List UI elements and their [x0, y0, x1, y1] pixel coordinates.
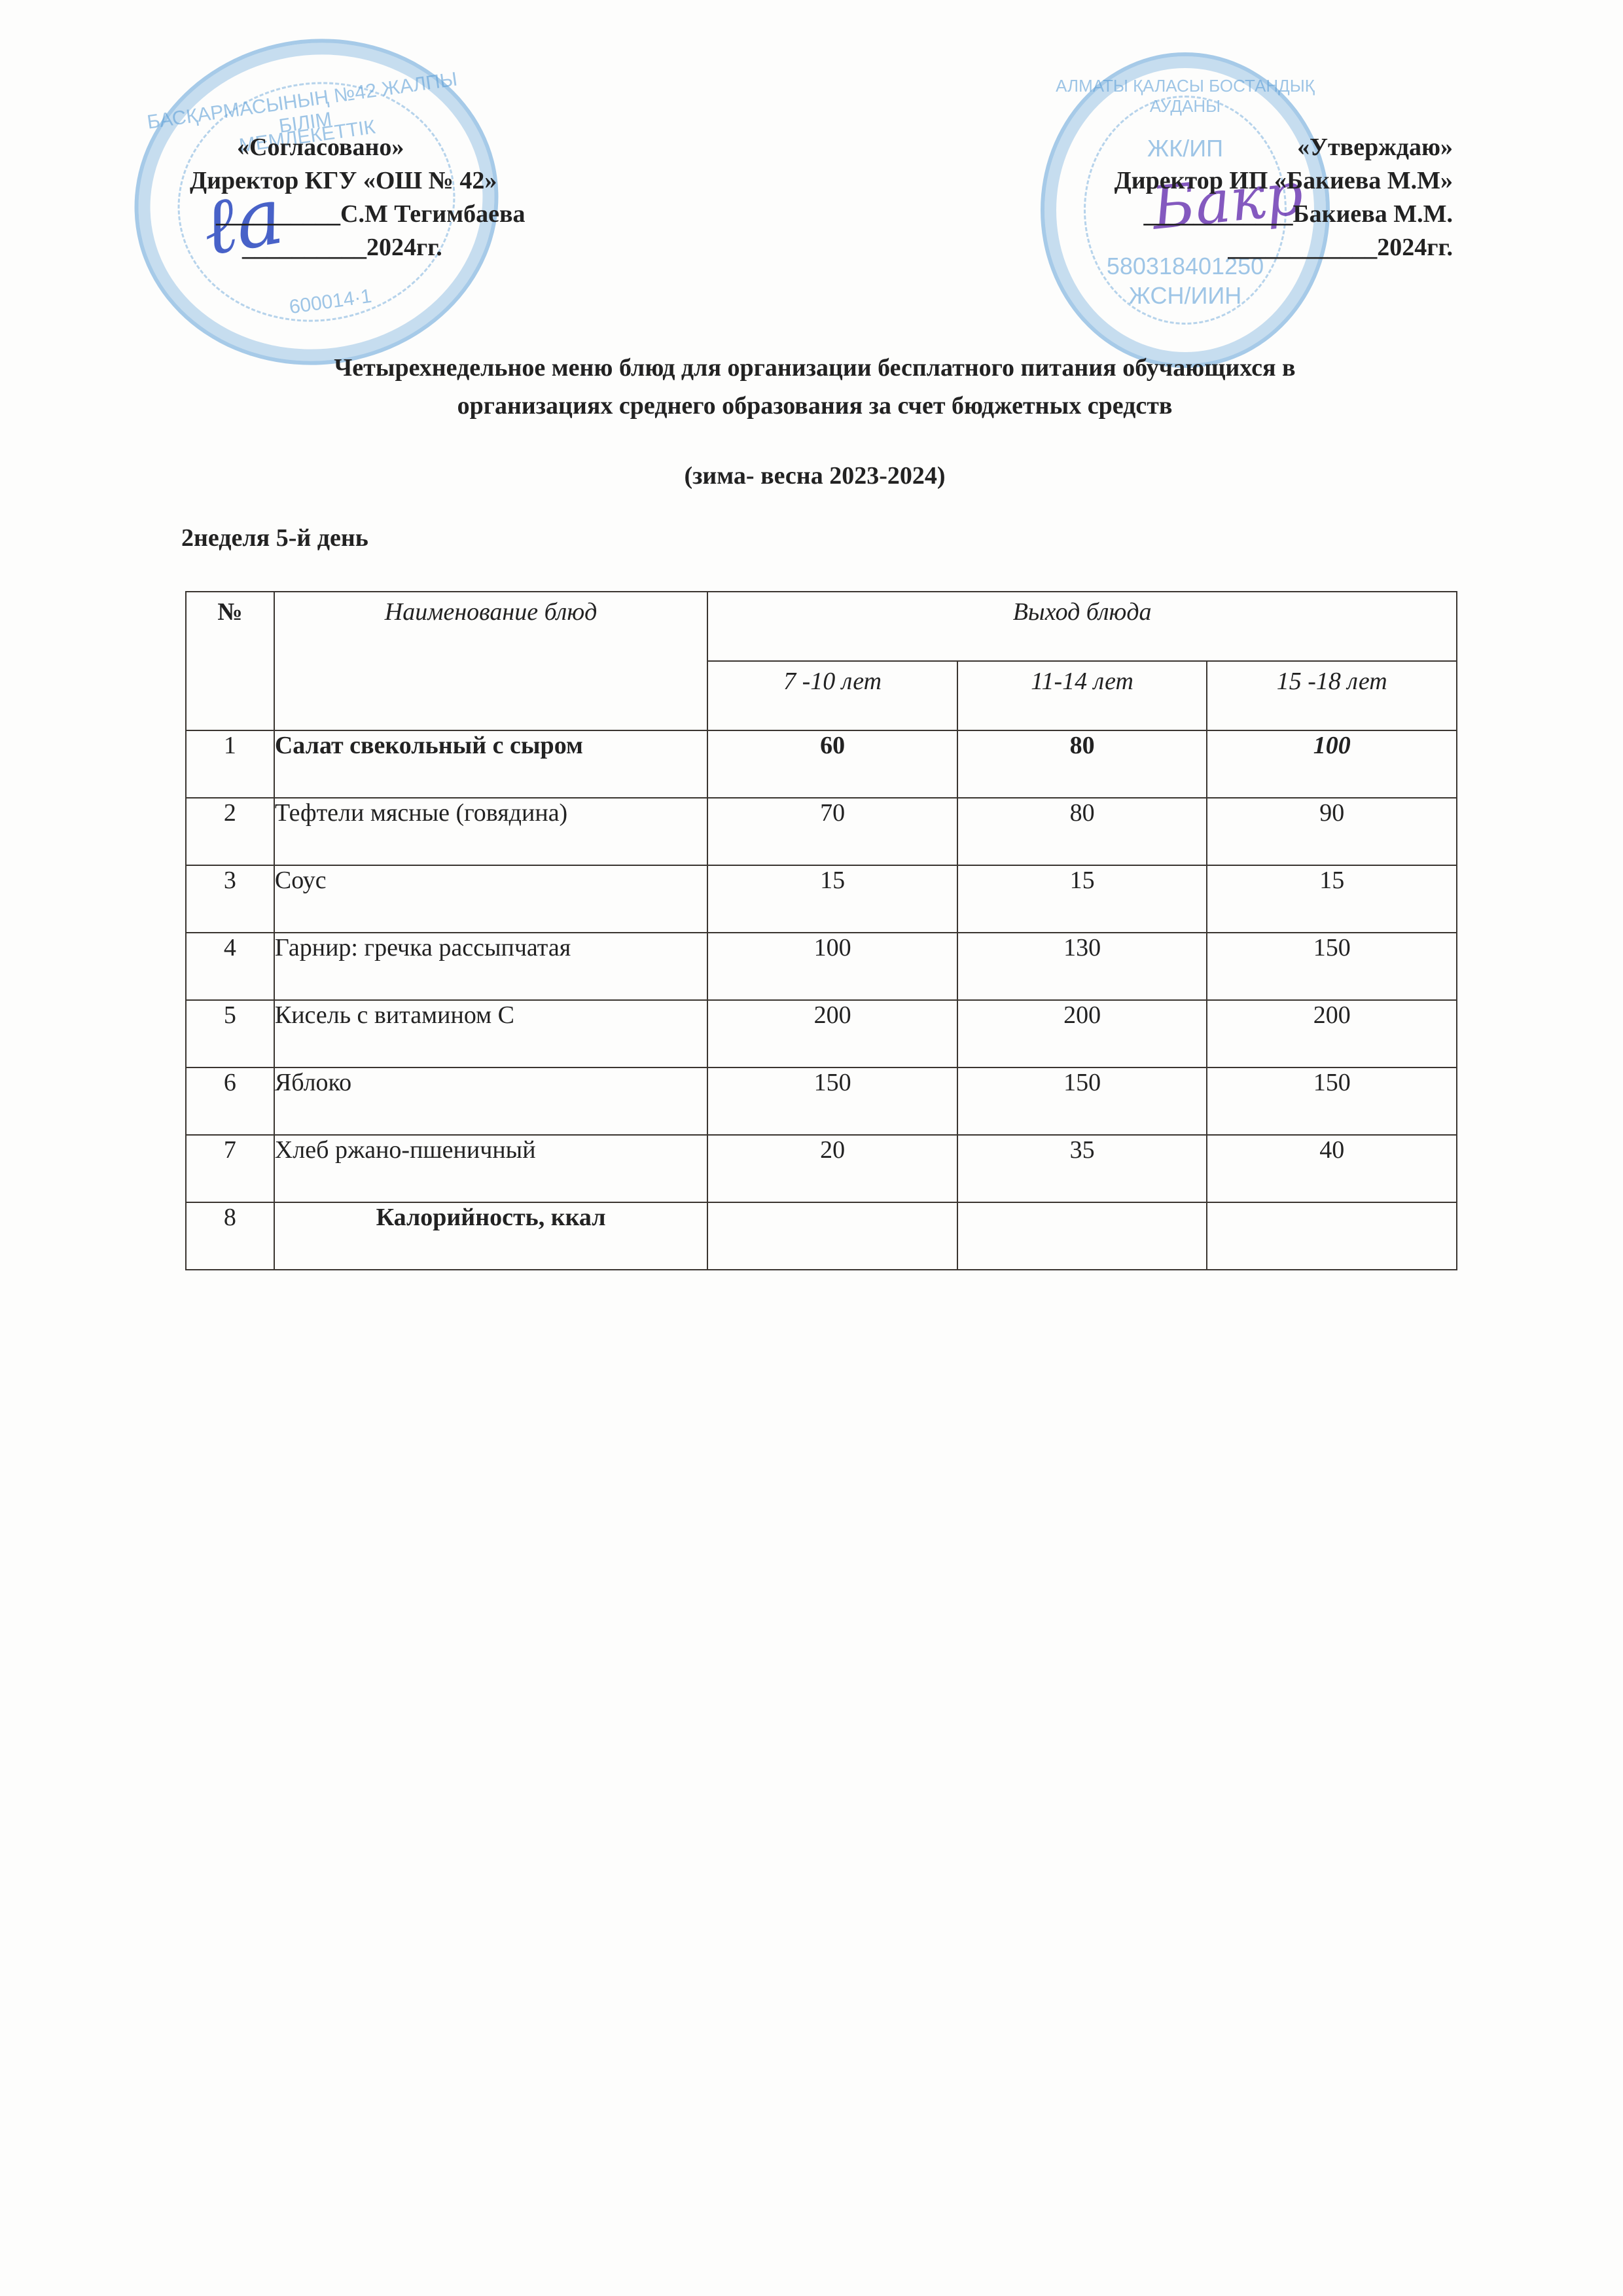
table-row-calories: 8 Калорийность, ккал: [186, 1202, 1457, 1270]
header-yield: Выход блюда: [707, 592, 1457, 661]
row-number: 7: [186, 1135, 274, 1202]
header-age-15-18: 15 -18 лет: [1207, 661, 1457, 730]
yield-7-10: 200: [707, 1000, 957, 1067]
yield-7-10: 20: [707, 1135, 957, 1202]
yield-11-14: 80: [957, 798, 1207, 865]
dish-name: Хлеб ржано-пшеничный: [274, 1135, 707, 1202]
table-row: 7 Хлеб ржано-пшеничный 20 35 40: [186, 1135, 1457, 1202]
yield-15-18: 90: [1207, 798, 1457, 865]
approval-date-text: 2024гг.: [1377, 234, 1453, 261]
header-age-11-14: 11-14 лет: [957, 661, 1207, 730]
yield-15-18: 150: [1207, 1067, 1457, 1135]
yield-11-14: 130: [957, 933, 1207, 1000]
table-row: 5 Кисель с витамином С 200 200 200: [186, 1000, 1457, 1067]
row-number: 8: [186, 1202, 274, 1270]
dish-name: Гарнир: гречка рассыпчатая: [274, 933, 707, 1000]
header-number: №: [186, 592, 274, 730]
approval-status: «Утверждаю»: [1080, 131, 1453, 164]
stamp-id-label: ЖСН/ИИН: [1044, 282, 1326, 310]
row-number: 4: [186, 933, 274, 1000]
calories-11-14: [957, 1202, 1207, 1270]
approval-name-text: Бакиева М.М.: [1293, 200, 1453, 228]
calories-15-18: [1207, 1202, 1457, 1270]
table-row: 2 Тефтели мясные (говядина) 70 80 90: [186, 798, 1457, 865]
approval-date-text: 2024гг.: [366, 234, 442, 261]
approval-status: «Согласовано»: [190, 131, 526, 164]
yield-7-10: 100: [707, 933, 957, 1000]
approval-agreed-block: «Согласовано» Директор КГУ «ОШ № 42» С.М…: [190, 131, 526, 264]
approval-name-text: С.М Тегимбаева: [340, 200, 526, 228]
yield-11-14: 80: [957, 730, 1207, 798]
header-age-7-10: 7 -10 лет: [707, 661, 957, 730]
season-label: (зима- весна 2023-2024): [164, 461, 1466, 490]
header-dish-name: Наименование блюд: [274, 592, 707, 730]
approval-name: Бакиева М.М.: [1080, 198, 1453, 231]
approval-approved-block: «Утверждаю» Директор ИП «Бакиева М.М» Ба…: [1080, 131, 1453, 264]
approval-position: Директор КГУ «ОШ № 42»: [190, 164, 526, 198]
table-row: 3 Соус 15 15 15: [186, 865, 1457, 933]
dish-name: Кисель с витамином С: [274, 1000, 707, 1067]
yield-7-10: 70: [707, 798, 957, 865]
yield-15-18: 40: [1207, 1135, 1457, 1202]
row-number: 2: [186, 798, 274, 865]
table-row: 6 Яблоко 150 150 150: [186, 1067, 1457, 1135]
yield-11-14: 150: [957, 1067, 1207, 1135]
yield-11-14: 200: [957, 1000, 1207, 1067]
table-header-row: № Наименование блюд Выход блюда: [186, 592, 1457, 661]
week-day-label: 2неделя 5-й день: [181, 524, 368, 552]
table-row: 4 Гарнир: гречка рассыпчатая 100 130 150: [186, 933, 1457, 1000]
yield-15-18: 15: [1207, 865, 1457, 933]
approval-date: 2024гг.: [190, 231, 526, 264]
calories-label: Калорийность, ккал: [274, 1202, 707, 1270]
document-title-line-2: организациях среднего образования за сче…: [164, 391, 1466, 420]
document-title-line-1: Четырехнедельное меню блюд для организац…: [164, 353, 1466, 382]
calories-7-10: [707, 1202, 957, 1270]
dish-name: Салат свекольный с сыром: [274, 730, 707, 798]
yield-11-14: 15: [957, 865, 1207, 933]
yield-7-10: 150: [707, 1067, 957, 1135]
yield-15-18: 200: [1207, 1000, 1457, 1067]
row-number: 3: [186, 865, 274, 933]
dish-name: Тефтели мясные (говядина): [274, 798, 707, 865]
yield-11-14: 35: [957, 1135, 1207, 1202]
row-number: 6: [186, 1067, 274, 1135]
menu-table: № Наименование блюд Выход блюда 7 -10 ле…: [185, 591, 1457, 1270]
approval-date: 2024гг.: [1080, 231, 1453, 264]
yield-7-10: 15: [707, 865, 957, 933]
dish-name: Яблоко: [274, 1067, 707, 1135]
approval-name: С.М Тегимбаева: [190, 198, 526, 231]
row-number: 5: [186, 1000, 274, 1067]
dish-name: Соус: [274, 865, 707, 933]
yield-15-18: 150: [1207, 933, 1457, 1000]
table-row: 1 Салат свекольный с сыром 60 80 100: [186, 730, 1457, 798]
yield-7-10: 60: [707, 730, 957, 798]
stamp-top-text: АЛМАТЫ ҚАЛАСЫ БОСТАНДЫҚ АУДАНЫ: [1044, 76, 1326, 117]
yield-15-18: 100: [1207, 730, 1457, 798]
approval-position: Директор ИП «Бакиева М.М»: [1080, 164, 1453, 198]
row-number: 1: [186, 730, 274, 798]
